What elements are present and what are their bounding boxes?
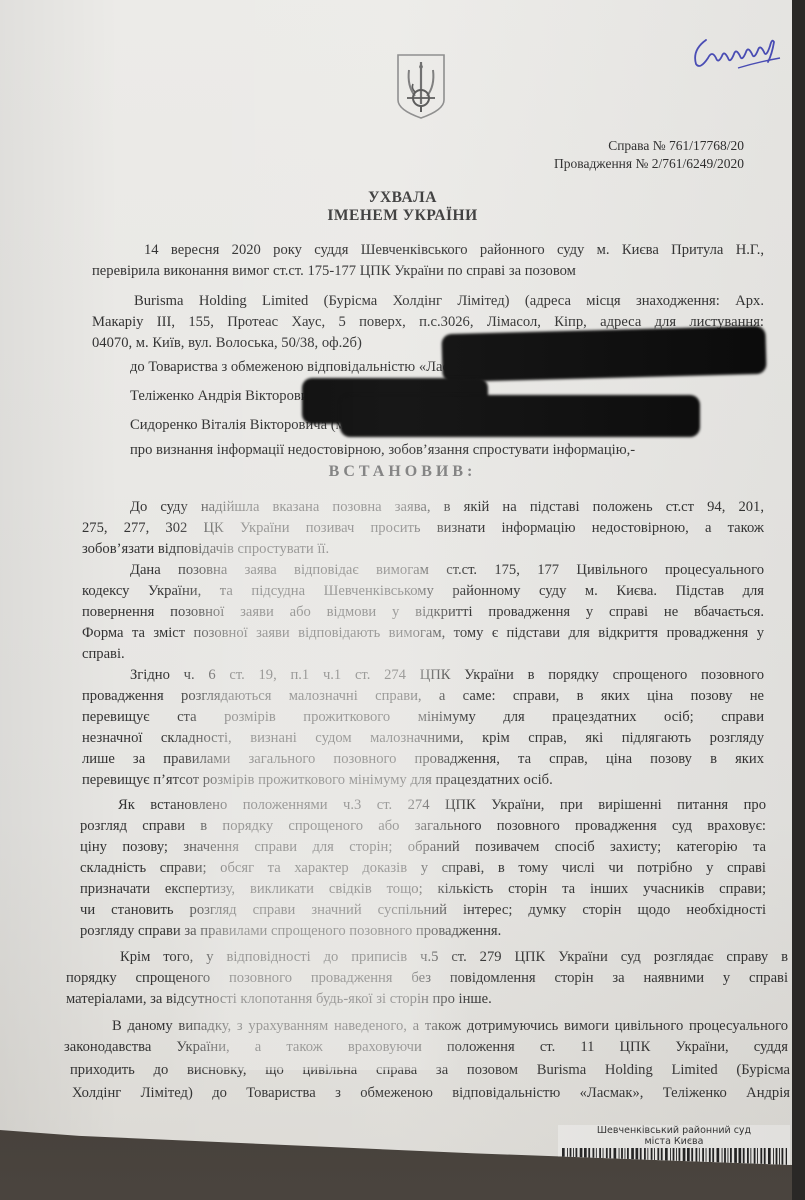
- coat-of-arms-icon: [395, 52, 447, 120]
- paragraph-line: Холдінг Лімітед) до Товариства з обмежен…: [72, 1083, 790, 1104]
- document-title: УХВАЛА: [0, 189, 805, 207]
- case-reference: Справа № 761/17768/20 Провадження № 2/76…: [554, 137, 744, 173]
- intro-line: 14 вересня 2020 року суддя Шевченківсько…: [144, 240, 764, 261]
- photo-edge: [792, 0, 805, 1200]
- document-page: Справа № 761/17768/20 Провадження № 2/76…: [0, 0, 792, 1165]
- subject-line: про визнання інформації недостовірною, з…: [130, 440, 730, 461]
- plaintiff-line: Burisma Holding Limited (Бурісма Холдінг…: [134, 291, 764, 312]
- sticker-city: міста Києва: [558, 1136, 790, 1147]
- redaction-mark: [441, 326, 766, 382]
- signature-mark: [688, 28, 788, 73]
- sticker-court-name: Шевченківський районний суд: [558, 1125, 790, 1136]
- case-number: Справа № 761/17768/20: [554, 137, 744, 155]
- document-subtitle: ІМЕНЕМ УКРАЇНИ: [0, 207, 805, 225]
- proceeding-number: Провадження № 2/761/6249/2020: [554, 155, 744, 173]
- print-fade-overlay: [170, 490, 470, 1070]
- established-heading: ВСТАНОВИВ:: [0, 463, 805, 481]
- intro-line: перевірила виконання вимог ст.ст. 175-17…: [92, 261, 764, 282]
- redaction-mark: [340, 395, 700, 437]
